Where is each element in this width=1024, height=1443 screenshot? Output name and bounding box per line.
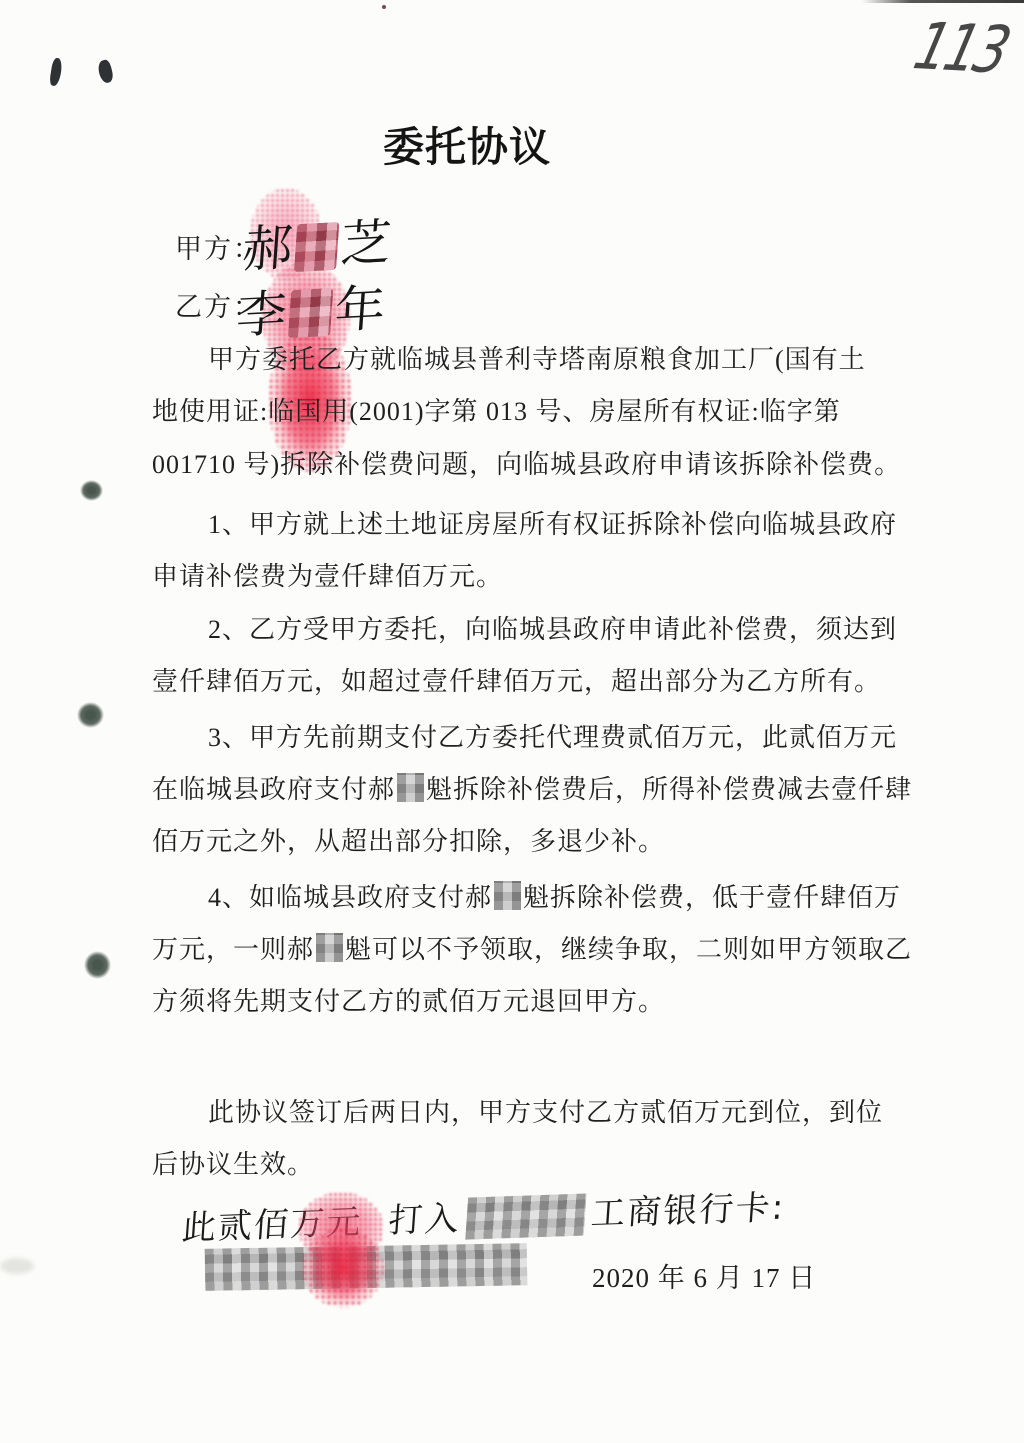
body-line: 在临城县政府支付郝魁拆除补偿费后，所得补偿费减去壹仟肆 <box>152 771 912 809</box>
binder-hole-mark <box>80 480 103 501</box>
handwritten-text: 此贰佰万元 <box>180 1202 363 1248</box>
ink-blot <box>49 57 63 86</box>
binder-hole-mark <box>84 951 111 979</box>
body-line: 地使用证:临国用(2001)字第 013 号、房屋所有权证:临字第 <box>152 393 912 431</box>
signature-text: 年 <box>333 279 387 340</box>
body-line: 申请补偿费为壹仟肆佰万元。 <box>152 558 912 596</box>
body-line: 3、甲方先前期支付乙方委托代理费贰佰万元，此贰佰万元 <box>152 719 968 757</box>
handwritten-text: 工商银行卡: <box>590 1188 787 1235</box>
body-line: 壹仟肆佰万元，如超过壹仟肆佰万元，超出部分为乙方所有。 <box>152 663 912 701</box>
body-line: 佰万元之外，从超出部分扣除，多退少补。 <box>152 823 912 861</box>
body-text: 4、如临城县政府支付郝 <box>208 883 492 912</box>
body-text: 魁拆除补偿费，低于壹仟肆佰万 <box>523 883 901 912</box>
body-line: 万元，一则郝魁可以不予领取，继续争取，二则如甲方领取乙 <box>152 931 912 969</box>
body-line: 1、甲方就上述土地证房屋所有权证拆除补偿向临城县政府 <box>152 506 968 544</box>
body-line: 001710 号)拆除补偿费问题，向临城县政府申请该拆除补偿费。 <box>152 446 912 484</box>
scan-smudge <box>0 1258 34 1274</box>
redacted-name-pixelation <box>288 288 334 338</box>
scan-speck <box>382 5 386 9</box>
body-text: 魁可以不予领取，继续争取，二则如甲方领取乙 <box>345 935 912 964</box>
document-date: 2020 年 6 月 17 日 <box>592 1256 816 1295</box>
scanned-document-page: 113 委托协议 甲方： 郝芝 乙方： 李年 甲方委托乙方就临城县普利寺塔南原粮… <box>0 0 1024 1443</box>
handwritten-page-number: 113 <box>900 10 1019 89</box>
body-line: 方须将先期支付乙方的贰佰万元退回甲方。 <box>152 983 912 1021</box>
body-text: 魁拆除补偿费后，所得补偿费减去壹仟肆 <box>426 775 912 804</box>
body-text: 在临城县政府支付郝 <box>152 775 395 804</box>
redacted-name-pixelation <box>294 222 340 272</box>
redacted-name-pixelation <box>316 933 343 962</box>
binder-hole-mark <box>77 702 104 728</box>
redacted-bank-card-number <box>205 1243 528 1291</box>
document-title: 委托协议 <box>383 114 683 173</box>
signature-text: 芝 <box>339 213 393 274</box>
signature-text: 李 <box>234 284 288 345</box>
scan-edge-line <box>862 0 1024 3</box>
body-line: 后协议生效。 <box>152 1146 912 1184</box>
body-text: 万元，一则郝 <box>152 935 314 964</box>
ink-blot <box>96 59 114 84</box>
party-b-signature: 李年 <box>234 268 388 348</box>
signature-text: 郝 <box>240 218 294 279</box>
handwritten-text: 打入 <box>387 1199 462 1241</box>
body-line: 4、如临城县政府支付郝魁拆除补偿费，低于壹仟肆佰万 <box>152 879 968 917</box>
redacted-name-pixelation <box>465 1193 586 1239</box>
handwritten-payment-note: 此贰佰万元打入工商银行卡: <box>180 1180 787 1250</box>
redacted-name-pixelation <box>494 881 521 910</box>
body-line: 甲方委托乙方就临城县普利寺塔南原粮食加工厂(国有土 <box>152 341 968 379</box>
redacted-name-pixelation <box>397 773 424 802</box>
body-line: 此协议签订后两日内，甲方支付乙方贰佰万元到位，到位 <box>152 1094 968 1132</box>
body-line: 2、乙方受甲方委托，向临城县政府申请此补偿费，须达到 <box>152 611 968 649</box>
